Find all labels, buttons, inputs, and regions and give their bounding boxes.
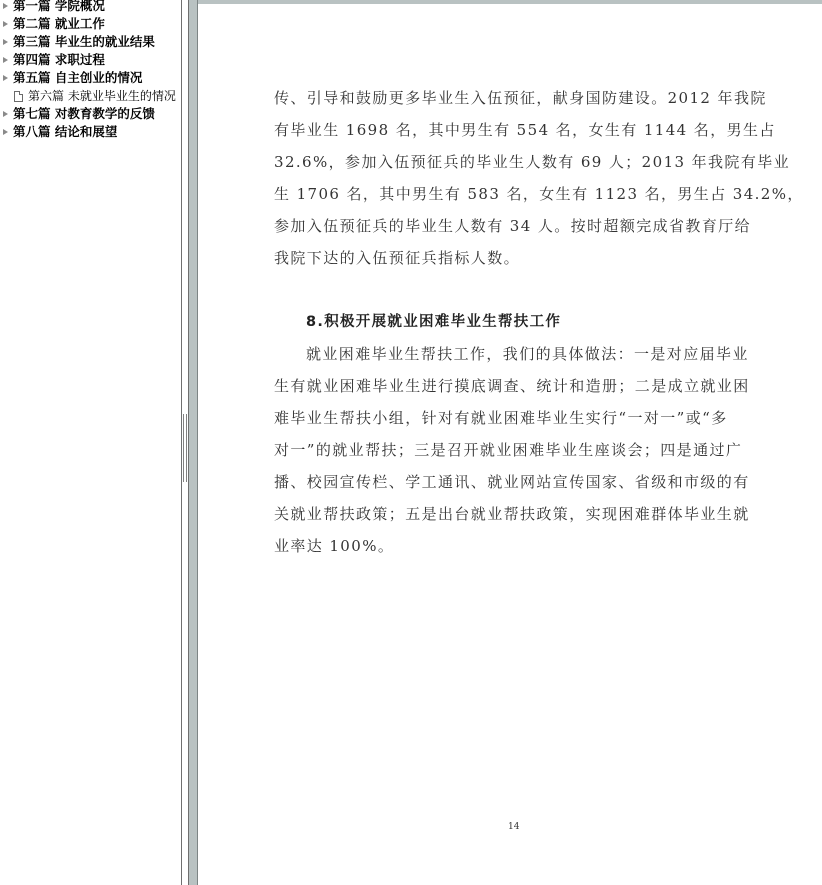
outline-item-label: 第一篇 学院概况 <box>13 0 105 15</box>
text-line: 参加入伍预征兵的毕业生人数有 34 人。按时超额完成省教育厅给 <box>274 210 758 242</box>
outline-list: 第一篇 学院概况 第二篇 就业工作 第三篇 毕业生的就业结果 第四篇 求职过程 … <box>0 0 176 141</box>
text-line: 关就业帮扶政策；五是出台就业帮扶政策，实现困难群体毕业生就 <box>274 498 758 530</box>
splitter-grip-icon[interactable] <box>183 414 187 482</box>
expand-triangle-icon[interactable] <box>3 111 8 117</box>
page-icon <box>14 91 23 102</box>
expand-triangle-icon[interactable] <box>3 129 8 135</box>
outline-item-label: 第六篇 未就业毕业生的情况 <box>28 87 176 105</box>
outline-item-chapter-4[interactable]: 第四篇 求职过程 <box>0 51 176 69</box>
outline-item-chapter-8[interactable]: 第八篇 结论和展望 <box>0 123 176 141</box>
outline-item-chapter-3[interactable]: 第三篇 毕业生的就业结果 <box>0 33 176 51</box>
expand-triangle-icon[interactable] <box>3 3 8 9</box>
outline-item-label: 第四篇 求职过程 <box>13 51 105 69</box>
outline-item-chapter-7[interactable]: 第七篇 对教育教学的反馈 <box>0 105 176 123</box>
text-line: 32.6%，参加入伍预征兵的毕业生人数有 69 人；2013 年我院有毕业 <box>274 146 758 178</box>
outline-item-chapter-1[interactable]: 第一篇 学院概况 <box>0 0 176 15</box>
document-page: 传、引导和鼓励更多毕业生入伍预征，献身国防建设。2012 年我院 有毕业生 16… <box>198 4 822 885</box>
outline-item-chapter-5[interactable]: 第五篇 自主创业的情况 <box>0 69 176 87</box>
text-line: 生有就业困难毕业生进行摸底调查、统计和造册；二是成立就业困 <box>274 370 758 402</box>
outline-item-chapter-2[interactable]: 第二篇 就业工作 <box>0 15 176 33</box>
outline-item-label: 第五篇 自主创业的情况 <box>13 69 142 87</box>
outline-item-chapter-6[interactable]: 第六篇 未就业毕业生的情况 <box>0 87 176 105</box>
text-line: 业率达 100%。 <box>274 530 758 562</box>
expand-triangle-icon[interactable] <box>3 57 8 63</box>
text-line: 对一”的就业帮扶；三是召开就业困难毕业生座谈会；四是通过广 <box>274 434 758 466</box>
section-heading: 8.积极开展就业困难毕业生帮扶工作 <box>274 306 758 338</box>
text-line: 传、引导和鼓励更多毕业生入伍预征，献身国防建设。2012 年我院 <box>274 82 758 114</box>
text-line: 就业困难毕业生帮扶工作，我们的具体做法：一是对应届毕业 <box>274 338 758 370</box>
text-line: 播、校园宣传栏、学工通讯、就业网站宣传国家、省级和市级的有 <box>274 466 758 498</box>
text-line: 生 1706 名，其中男生有 583 名，女生有 1123 名，男生占 34.2… <box>274 178 758 210</box>
expand-triangle-icon[interactable] <box>3 75 8 81</box>
text-line: 我院下达的入伍预征兵指标人数。 <box>274 242 758 274</box>
page-body: 传、引导和鼓励更多毕业生入伍预征，献身国防建设。2012 年我院 有毕业生 16… <box>274 82 758 562</box>
expand-triangle-icon[interactable] <box>3 21 8 27</box>
expand-triangle-icon[interactable] <box>3 39 8 45</box>
outline-item-label: 第二篇 就业工作 <box>13 15 105 33</box>
panel-splitter[interactable] <box>181 0 189 885</box>
outline-item-label: 第三篇 毕业生的就业结果 <box>13 33 155 51</box>
page-number: 14 <box>508 822 519 832</box>
outline-panel: 第一篇 学院概况 第二篇 就业工作 第三篇 毕业生的就业结果 第四篇 求职过程 … <box>0 0 181 885</box>
text-line: 有毕业生 1698 名，其中男生有 554 名，女生有 1144 名，男生占 <box>274 114 758 146</box>
text-line: 难毕业生帮扶小组，针对有就业困难毕业生实行“一对一”或“多 <box>274 402 758 434</box>
outline-item-label: 第八篇 结论和展望 <box>13 123 117 141</box>
outline-item-label: 第七篇 对教育教学的反馈 <box>13 105 155 123</box>
viewer-left-gutter <box>189 0 198 885</box>
